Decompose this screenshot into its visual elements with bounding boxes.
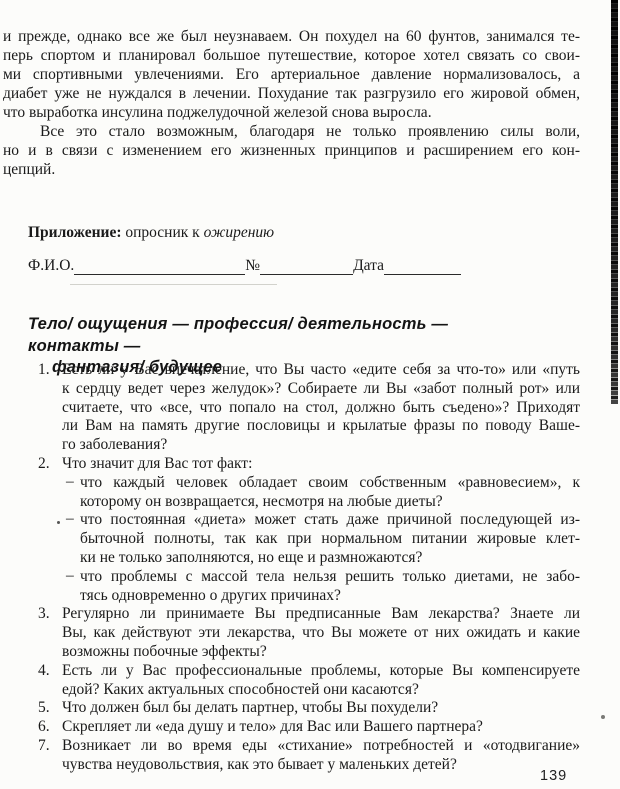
dash-marker: –	[66, 567, 74, 586]
question-line: ки не только заполняются, но еще и размн…	[80, 549, 580, 568]
body-line: перь спортом и планировал большое путеше…	[3, 46, 580, 65]
question-line: что каждый человек обладает своим собств…	[80, 474, 580, 493]
question-line: Что значит для Вас тот факт:	[62, 455, 580, 474]
question-line: Есть ли у Вас впечатление, что Вы часто …	[62, 361, 580, 380]
date-label: Дата	[353, 256, 384, 275]
body-line: диабет уже не нуждался в лечении. Похуда…	[3, 84, 580, 103]
question-item-6: 6. Скрепляет ли «еда душу и тело» для Ва…	[62, 718, 580, 737]
question-line: быточной полноты, так как при нормальном…	[80, 530, 580, 549]
question-item-5: 5. Что должен был бы делать партнер, что…	[62, 699, 580, 718]
number-label: №	[245, 256, 260, 275]
appendix-label: Приложение:	[28, 224, 121, 241]
question-number: 4.	[38, 662, 60, 681]
ink-speck	[601, 715, 605, 719]
question-line: Регулярно ли принимаете Вы предписанные …	[62, 605, 580, 624]
section-heading-line: Тело/ ощущения — профессия/ деятельность…	[28, 314, 498, 357]
question-item-3: 3. Регулярно ли принимаете Вы предписанн…	[62, 605, 580, 661]
question-line: тясь одновременно о других причинах?	[80, 587, 580, 606]
number-blank-line	[260, 257, 353, 275]
scanned-book-page: и прежде, однако все же был неузнаваем. …	[0, 0, 620, 789]
appendix-text: опросник к	[121, 224, 203, 241]
date-blank-line	[384, 257, 461, 275]
ink-speck	[57, 521, 60, 524]
body-line: Все это стало возможным, благодаря не то…	[3, 122, 580, 141]
questionnaire-form-line: Ф.И.О. № Дата	[28, 256, 461, 275]
question-line: к сердцу ведет через желудок»? Собираете…	[62, 380, 580, 399]
question-line: считаете, что «все, что попало на стол, …	[62, 399, 580, 418]
question-line: что постоянная «диета» может стать даже …	[80, 511, 580, 530]
book-edge-shadow	[611, 0, 618, 404]
question-line: едой? Каких актуальных способностей они …	[62, 681, 580, 700]
question-number: 2.	[38, 455, 60, 474]
question-item-1: 1. Есть ли у Вас впечатление, что Вы час…	[62, 361, 580, 455]
question-subitem: – что постоянная «диета» может стать даж…	[62, 511, 580, 567]
question-item-2: 2. Что значит для Вас тот факт: – что ка…	[62, 455, 580, 605]
appendix-caption: Приложение: опросник к ожирению	[28, 224, 274, 242]
dash-marker: –	[66, 473, 74, 492]
question-number: 7.	[38, 737, 60, 756]
body-line: и прежде, однако все же был неузнаваем. …	[3, 27, 580, 46]
body-line: но и в связи с изменением его жизненных …	[3, 141, 580, 160]
body-line: цепций.	[3, 160, 580, 179]
question-number: 6.	[38, 718, 60, 737]
name-label: Ф.И.О.	[28, 256, 74, 275]
body-text: и прежде, однако все же был неузнаваем. …	[3, 27, 580, 179]
body-line: что выработка инсулина поджелудочной жел…	[3, 103, 580, 122]
question-line: го заболевания?	[62, 436, 580, 455]
question-subitem: – что каждый человек обладает своим собс…	[62, 474, 580, 512]
name-blank-line	[74, 257, 245, 275]
scan-artifact-line	[70, 284, 277, 285]
question-line: чувства неудовольствия, как это бывает у…	[62, 756, 580, 775]
question-list: 1. Есть ли у Вас впечатление, что Вы час…	[62, 361, 580, 775]
dash-marker: –	[66, 510, 74, 529]
question-line: что проблемы с массой тела нельзя решить…	[80, 568, 580, 587]
question-line: Возникает ли во время еды «стихание» пот…	[62, 737, 580, 756]
question-line: Вы, как действуют эти лекарства, что Вы …	[62, 624, 580, 643]
question-subitem: – что проблемы с массой тела нельзя реши…	[62, 568, 580, 606]
question-number: 5.	[38, 699, 60, 718]
body-line: ми спортивными увлечениями. Его артериал…	[3, 65, 580, 84]
question-line: Скрепляет ли «еда душу и тело» для Вас и…	[62, 718, 580, 737]
question-item-4: 4. Есть ли у Вас профессиональные пробле…	[62, 662, 580, 700]
question-line: Что должен был бы делать партнер, чтобы …	[62, 699, 580, 718]
question-line: которому он возвращается, несмотря на лю…	[80, 493, 580, 512]
question-number: 1.	[38, 361, 60, 380]
question-line: Есть ли у Вас профессиональные проблемы,…	[62, 662, 580, 681]
question-line: ли Вам на память другие пословицы и крыл…	[62, 417, 580, 436]
question-item-7: 7. Возникает ли во время еды «стихание» …	[62, 737, 580, 775]
question-line: возможны побочные эффекты?	[62, 643, 580, 662]
question-number: 3.	[38, 605, 60, 624]
appendix-title-italic: ожирению	[204, 224, 275, 241]
page-number: 139	[540, 768, 567, 784]
